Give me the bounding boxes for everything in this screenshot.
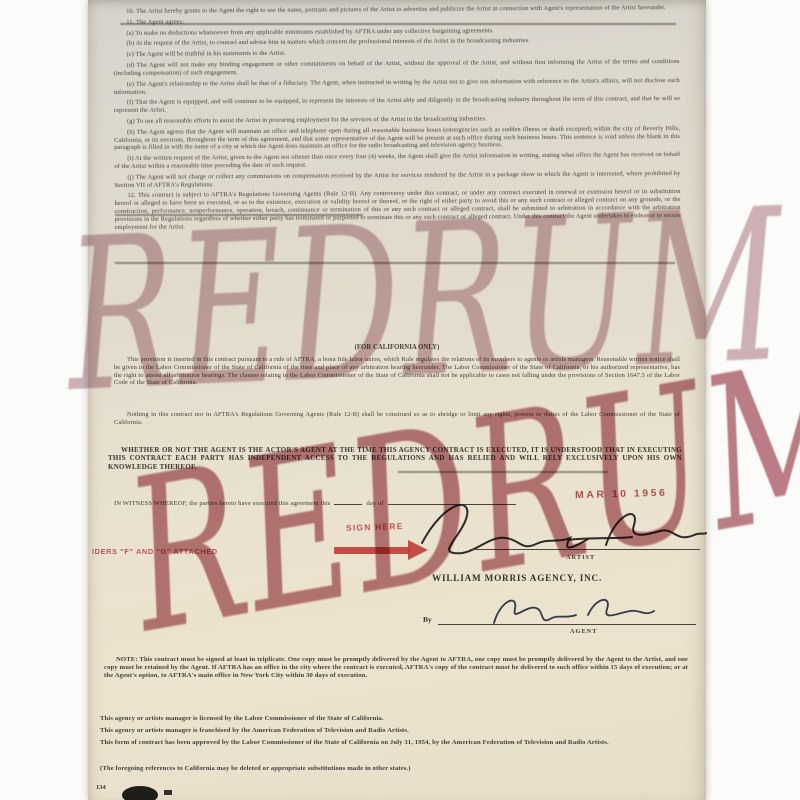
underline-mark xyxy=(115,262,675,264)
printers-union-bug-icon xyxy=(122,786,158,800)
clause-11d: (d) The Agent will not make any binding … xyxy=(114,58,680,78)
clause-11e: (e) The Agent's relationship to the Arti… xyxy=(114,77,680,97)
agent-signature xyxy=(488,589,658,629)
by-label: By xyxy=(423,615,432,624)
franchised-line: This agency or artists manager is franch… xyxy=(100,727,688,735)
clause-11f: (f) That the Agent is equipped, and will… xyxy=(114,95,680,115)
day-blank xyxy=(334,497,362,505)
clause-11h: (h) The Agent agrees that the Agent will… xyxy=(114,125,680,152)
underline-mark xyxy=(398,471,608,473)
agency-name: WILLIAM MORRIS AGENCY, INC. xyxy=(432,573,602,583)
clause-11a: (a) To make no deductions whatsoever fro… xyxy=(113,26,679,38)
agent-signature-line xyxy=(438,624,696,625)
clause-11j: (j) The Agent will not charge or collect… xyxy=(114,170,680,190)
clause-12: 12. This contract is subject to AFTRA's … xyxy=(115,188,681,231)
contract-paper: 10. The Artist hereby grants to the Agen… xyxy=(88,0,706,800)
clause-11g: (g) To use all reasonable efforts to ass… xyxy=(114,114,680,126)
contract-photo: 10. The Artist hereby grants to the Agen… xyxy=(0,0,800,800)
underline-mark xyxy=(115,214,363,216)
signature-block: IDERS "F" AND "G" ATTACHED SIGN HERE ART… xyxy=(88,505,706,655)
labor-commissioner-paragraph: Nothing in this contract nor in AFTRA's … xyxy=(114,411,680,427)
clause-11i: (i) At the written request of the Artist… xyxy=(114,151,680,171)
california-paragraph: This provision is inserted in this contr… xyxy=(114,356,680,387)
clause-11-intro: 11. The Agent agrees: xyxy=(113,15,679,27)
underline-mark xyxy=(120,23,676,25)
agent-label: AGENT xyxy=(570,628,597,635)
rider-attachment-stamp: IDERS "F" AND "G" ATTACHED xyxy=(92,547,218,556)
independent-access-paragraph: WHETHER OR NOT THE AGENT IS THE ACTOR'S … xyxy=(108,446,682,471)
california-heading: (FOR CALIFORNIA ONLY) xyxy=(88,344,706,351)
note-paragraph: NOTE: This contract must be signed at le… xyxy=(104,656,688,681)
licensed-line: This agency or artists manager is licens… xyxy=(100,715,688,723)
form-number: 134 xyxy=(96,784,106,791)
contract-body: 10. The Artist hereby grants to the Agen… xyxy=(113,4,681,234)
artist-signature xyxy=(418,493,708,563)
substitutions-line: (The foregoing references to California … xyxy=(100,765,688,773)
artist-signature-line xyxy=(470,549,700,550)
sign-here-stamp: SIGN HERE xyxy=(346,521,404,533)
clause-11b: (b) At the request of the Artist, to cou… xyxy=(113,36,679,48)
clause-10: 10. The Artist hereby grants to the Agen… xyxy=(113,4,679,16)
approved-line: This form of contract has been approved … xyxy=(100,739,688,747)
clause-11c: (c) The Agent will be truthful in his st… xyxy=(114,47,680,59)
union-bug-mark-icon xyxy=(164,790,172,795)
artist-label: ARTIST xyxy=(566,554,595,561)
